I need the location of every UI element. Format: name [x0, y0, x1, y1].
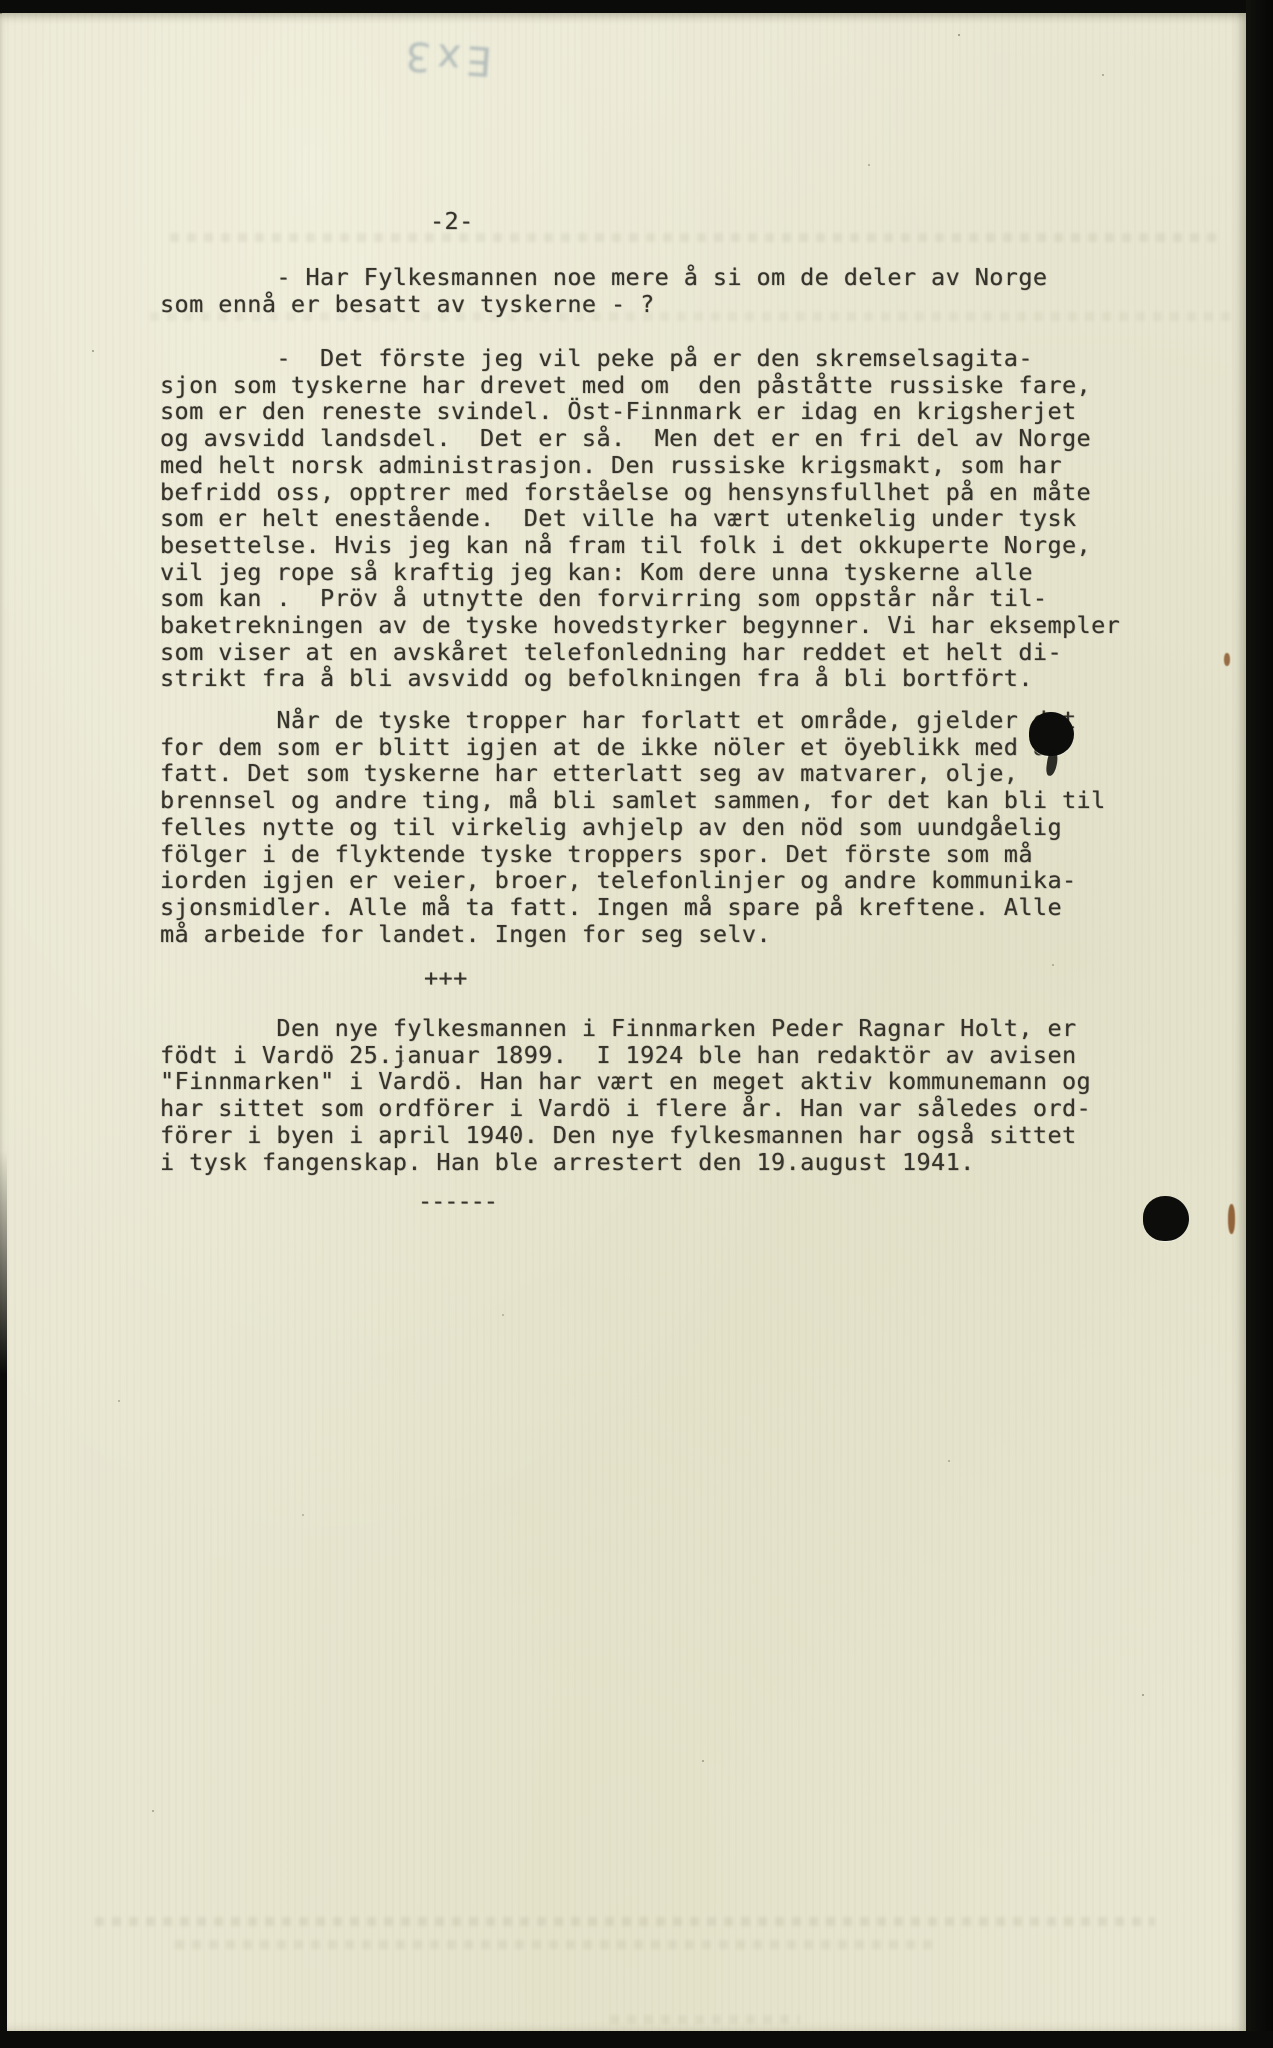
page-number: -2- — [430, 208, 474, 235]
bleed-through-line — [175, 1940, 935, 1949]
bleed-through-line — [170, 233, 1220, 242]
scan-edge-top — [0, 0, 1273, 13]
paragraph-answer-2: Når de tyske tropper har forlatt et områ… — [160, 707, 1240, 947]
bleed-through-line — [95, 1917, 1155, 1926]
rust-mark — [1228, 1204, 1235, 1234]
paragraph-biography: Den nye fylkesmannen i Finnmarken Peder … — [160, 1015, 1240, 1175]
bleed-through-line — [610, 2015, 800, 2024]
paragraph-answer-1: - Det förste jeg vil peke på er den skre… — [160, 345, 1240, 692]
plus-separator: +++ — [424, 965, 468, 992]
punch-hole — [1143, 1196, 1189, 1241]
punch-hole — [1029, 712, 1074, 756]
ink-stamp: Ex3 — [381, 30, 494, 84]
scan-edge-left — [0, 1150, 7, 2048]
scanned-page: Ex3 -2- - Har Fylkesmannen noe mere å si… — [0, 12, 1247, 2032]
scan-edge-bottom — [0, 2031, 1273, 2048]
dashes-separator: ------ — [418, 1188, 497, 1215]
rust-mark — [1224, 653, 1230, 666]
scan-edge-right — [1246, 0, 1273, 2048]
paragraph-question: - Har Fylkesmannen noe mere å si om de d… — [160, 264, 1240, 317]
